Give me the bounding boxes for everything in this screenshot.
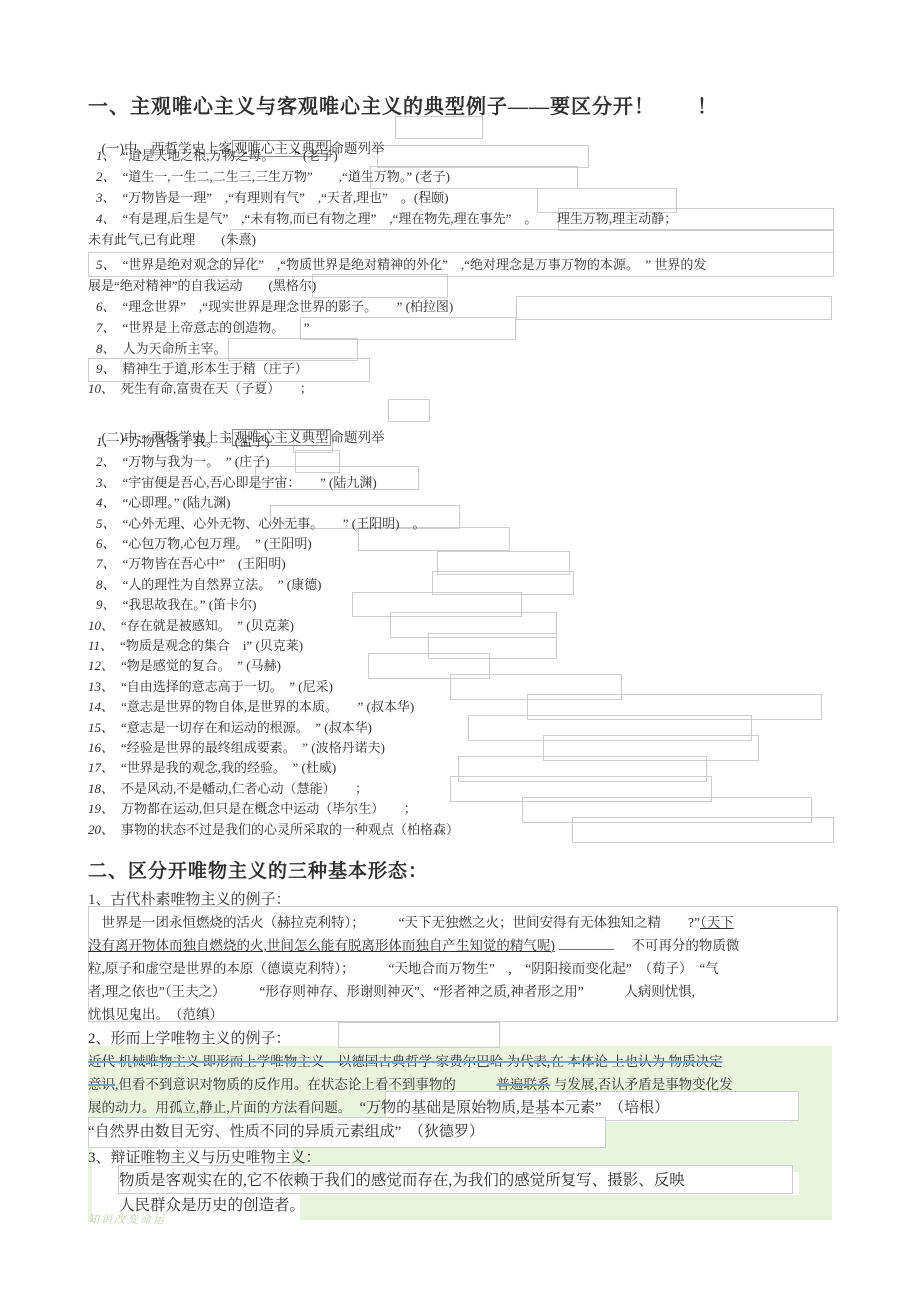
- textbox-artifact: [300, 317, 516, 340]
- objective-idealism-item: 5、“世界是绝对观念的异化” ,“物质世界是绝对精神的外化” ,“绝对理念是万事…: [96, 255, 706, 275]
- list-item-number: 18、: [88, 781, 114, 796]
- list-item-text: “道是天地之根,万物之母。 ” (老子): [123, 148, 338, 163]
- textbox-artifact: [312, 274, 448, 298]
- textbox-artifact: [388, 399, 430, 422]
- ancient-materialism-text: 忧惧见鬼出。 （范缜）: [88, 1007, 223, 1022]
- list-item-text: “存在就是被感知。 ” (贝克莱): [121, 618, 294, 633]
- subjective-idealism-item: 19、万物都在运动,但只是在概念中运动（毕尔生） ；: [88, 799, 417, 819]
- materialism-metaphysical-title: 2、形而上学唯物主义的例子：: [88, 1027, 291, 1048]
- objective-idealism-item: 展是“绝对精神”的自我运动 (黑格尔): [88, 276, 316, 296]
- list-item-number: 17、: [88, 760, 114, 775]
- list-item-text: “心外无理、心外无物、心外无事。 ” (王阳明) 。: [123, 516, 426, 531]
- sec2-subheading-post: 命题列举: [331, 430, 385, 445]
- subjective-idealism-item: 10、“存在就是被感知。 ” (贝克莱): [88, 616, 294, 636]
- green-highlight: [799, 1172, 832, 1195]
- subjective-idealism-item: 2、“万物与我为一。 ” (庄子): [96, 452, 269, 472]
- document-page: 一、主观唯心主义与客观唯心主义的典型例子——要区分开！ ！ (一)中、西哲学史上…: [0, 0, 920, 1303]
- objective-idealism-item: 6、“理念世界” ,“现实世界是理念世界的影子。 ” (柏拉图): [96, 297, 453, 317]
- materialism-ancient-title: 1、古代朴素唯物主义的例子：: [88, 888, 291, 909]
- list-item-text: “经验是世界的最终组成要素。 ” (波格丹诺夫): [121, 740, 385, 755]
- subjective-idealism-item: 6、“心包万物,心包万理。 ” (王阳明): [96, 534, 312, 554]
- textbox-artifact: [516, 296, 832, 320]
- metaphysical-materialism-line: 展的动力。用孤立,静止,片面的方法看问题。 “万物的基础是原始物质,是基本元素”…: [88, 1097, 669, 1119]
- list-item-number: 19、: [88, 801, 114, 816]
- list-item-text: “道生一,一生二,二生三,三生万物” ,“道生万物。” (老子): [123, 169, 451, 184]
- list-item-number: 3、: [96, 475, 116, 490]
- metaphysical-materialism-text: 与发展,否认矛盾是事物变化发: [550, 1077, 732, 1092]
- list-item-number: 16、: [88, 740, 114, 755]
- subjective-idealism-item: 20、事物的状态不过是我们的心灵所采取的一种观点（柏格森）: [88, 820, 459, 840]
- list-item-number: 20、: [88, 822, 114, 837]
- objective-idealism-item: 2、“道生一,一生二,二生三,三生万物” ,“道生万物。” (老子): [96, 167, 450, 187]
- dialectical-materialism-line: 物质是客观实在的,它不依赖于我们的感觉而存在,为我们的感觉所复写、摄影、反映: [119, 1169, 685, 1193]
- list-item-text: “我思故我在。” (笛卡尔): [123, 597, 257, 612]
- list-item-text: “有是理,后生是气” ,“未有物,而已有物之理” ,“理在物先,理在事先” 。 …: [123, 211, 678, 226]
- ancient-materialism-line: 者,理之依也”（王夫之） “形存则神存、形谢则神灭”、“形者神之质,神者形之用”…: [88, 981, 695, 1003]
- metaphysical-materialism-text: 近代 机械唯物主义 即形而上学唯物主义 以德国古典哲学 家费尔巴哈 为代表,在 …: [88, 1054, 723, 1069]
- list-item-number: 5、: [96, 257, 116, 272]
- objective-idealism-item: 4、“有是理,后生是气” ,“未有物,而已有物之理” ,“理在物先,理在事先” …: [96, 209, 677, 229]
- list-item-text: 死生有命,富贵在天（子夏） ；: [121, 381, 313, 396]
- sec1-subheading-post: 命题列举: [331, 141, 385, 156]
- list-item-text: “物是感觉的复合。 ” (马赫): [121, 658, 281, 673]
- textbox-artifact: [230, 229, 834, 253]
- list-item-number: 2、: [96, 454, 116, 469]
- watermark-text: 知识改变命运: [88, 1211, 166, 1227]
- objective-idealism-item: 1、“道是天地之根,万物之母。 ” (老子): [96, 146, 338, 166]
- list-item-text: “世界是我的观念,我的经验。 ” (杜威): [121, 760, 336, 775]
- textbox-artifact: [395, 116, 483, 139]
- metaphysical-materialism-text: 意识: [88, 1077, 115, 1092]
- objective-idealism-item: 7、“世界是上帝意志的创造物。 ”: [96, 318, 310, 338]
- list-item-text: “万物皆备于我。 ” (孟子): [123, 434, 270, 449]
- list-item-text: “物质是观念的集合 i” (贝克莱): [120, 638, 303, 653]
- list-item-text: “心即理。” (陆九渊): [123, 495, 231, 510]
- list-item-number: 8、: [96, 341, 116, 356]
- ancient-materialism-text: 不可再分的物质微: [618, 938, 740, 953]
- subjective-idealism-item: 13、“自由选择的意志高于一切。 ” (尼采): [88, 677, 333, 697]
- ancient-materialism-text: 粒,原子和虚空是世界的本原（德谟克利特）； “天地合而万物生” , “阴阳接而变…: [88, 961, 719, 976]
- subjective-idealism-item: 17、“世界是我的观念,我的经验。 ” (杜威): [88, 758, 336, 778]
- list-item-text: “意志是世界的物自体,是世界的本质。 ” (叔本华): [121, 699, 414, 714]
- metaphysical-materialism-text: 普遍联系: [496, 1077, 550, 1092]
- ancient-materialism-text: 世界是一团永恒燃烧的活火（赫拉克利特）； “天下无独燃之火；世间安得有无体独知之…: [88, 915, 700, 930]
- list-item-number: 11、: [88, 638, 113, 653]
- subjective-idealism-item: 7、“万物皆在吾心中” (王阳明): [96, 554, 286, 574]
- list-item-number: 1、: [96, 434, 116, 449]
- textbox-artifact: [377, 145, 589, 168]
- metaphysical-materialism-text: ,但看不到意识对物质的反作用。在状态论上看不到事物的: [115, 1077, 496, 1092]
- metaphysical-materialism-line: 近代 机械唯物主义 即形而上学唯物主义 以德国古典哲学 家费尔巴哈 为代表,在 …: [88, 1051, 723, 1073]
- list-item-number: 15、: [88, 720, 114, 735]
- list-item-text: 不是风动,不是幡动,仁者心动（慧能） ；: [121, 781, 368, 796]
- list-item-text: 万物都在运动,但只是在概念中运动（毕尔生） ；: [121, 801, 417, 816]
- list-item-number: 3、: [96, 190, 116, 205]
- materialism-dialectical-title: 3、辩证唯物主义与历史唯物主义：: [88, 1146, 321, 1167]
- list-item-text: “自由选择的意志高于一切。 ” (尼采): [121, 679, 333, 694]
- ancient-materialism-text: （天下: [700, 915, 734, 930]
- subjective-idealism-item: 3、“宇宙便是吾心,吾心即是宇宙： ” (陆九渊): [96, 473, 377, 493]
- textbox-artifact: [572, 817, 834, 843]
- metaphysical-materialism-text: “万物的基础是原始物质,是基本元素” （培根）: [345, 1100, 670, 1116]
- list-item-number: 12、: [88, 658, 114, 673]
- objective-idealism-item: 3、“万物皆是一理” ,“有理则有气” ,“天者,理也” 。(程颐): [96, 188, 449, 208]
- list-item-text: 人为天命所主宰。: [123, 341, 227, 356]
- list-item-text: 精神生于道,形本生于精（庄子）: [123, 361, 308, 376]
- list-item-number: 14、: [88, 699, 114, 714]
- metaphysical-materialism-line: “自然界由数目无穷、性质不同的异质元素组成” （狄德罗）: [88, 1121, 484, 1143]
- subjective-idealism-item: 18、不是风动,不是幡动,仁者心动（慧能） ；: [88, 779, 368, 799]
- subjective-idealism-item: 1、“万物皆备于我。 ” (孟子): [96, 432, 269, 452]
- subjective-idealism-item: 11、“物质是观念的集合 i” (贝克莱): [88, 636, 303, 656]
- list-item-text: 未有此气,已有此理 (朱熹): [88, 232, 256, 247]
- list-item-text: “世界是绝对观念的异化” ,“物质世界是绝对精神的外化” ,“绝对理念是万事万物…: [123, 257, 707, 272]
- subjective-idealism-item: 12、“物是感觉的复合。 ” (马赫): [88, 656, 281, 676]
- list-item-number: 4、: [96, 211, 116, 226]
- metaphysical-materialism-text: “自然界由数目无穷、性质不同的异质元素组成” （狄德罗）: [88, 1124, 484, 1140]
- metaphysical-materialism-line: 意识,但看不到意识对物质的反作用。在状态论上看不到事物的 普遍联系 与发展,否认…: [88, 1074, 733, 1096]
- subjective-idealism-item: 9、“我思故我在。” (笛卡尔): [96, 595, 256, 615]
- metaphysical-materialism-text: 展的动力。用孤立,静止,片面的方法看问题。: [88, 1100, 345, 1115]
- list-item-number: 6、: [96, 536, 116, 551]
- heading-materialism-forms: 二、区分开唯物主义的三种基本形态：: [88, 856, 428, 883]
- list-item-text: “人的理性为自然界立法。 ” (康德): [123, 577, 322, 592]
- objective-idealism-item: 8、人为天命所主宰。: [96, 339, 227, 359]
- objective-idealism-item: 10、死生有命,富贵在天（子夏） ；: [88, 379, 313, 399]
- list-item-text: “宇宙便是吾心,吾心即是宇宙： ” (陆九渊): [123, 475, 377, 490]
- green-highlight: [601, 1122, 832, 1147]
- list-item-text: “理念世界” ,“现实世界是理念世界的影子。 ” (柏拉图): [123, 299, 454, 314]
- list-item-text: “意志是一切存在和运动的根源。 ” (叔本华): [121, 720, 372, 735]
- objective-idealism-item: 9、精神生于道,形本生于精（庄子）: [96, 359, 308, 379]
- list-item-number: 9、: [96, 361, 116, 376]
- list-item-number: 8、: [96, 577, 116, 592]
- subjective-idealism-item: 5、“心外无理、心外无物、心外无事。 ” (王阳明) 。: [96, 514, 425, 534]
- ancient-materialism-line: 粒,原子和虚空是世界的本原（德谟克利特）； “天地合而万物生” , “阴阳接而变…: [88, 958, 719, 980]
- subjective-idealism-item: 8、“人的理性为自然界立法。 ” (康德): [96, 575, 321, 595]
- ancient-materialism-line: 忧惧见鬼出。 （范缜）: [88, 1004, 223, 1026]
- ancient-materialism-line: 世界是一团永恒燃烧的活火（赫拉克利特）； “天下无独燃之火；世间安得有无体独知之…: [88, 912, 734, 934]
- ancient-materialism-text: 没有离开物体而独自燃烧的火,世间怎么能有脱离形体而独自产生知觉的精气呢): [88, 938, 555, 953]
- subjective-idealism-item: 4、“心即理。” (陆九渊): [96, 493, 230, 513]
- list-item-number: 5、: [96, 516, 116, 531]
- ancient-materialism-text: 者,理之依也”（王夫之） “形存则神存、形谢则神灭”、“形者神之质,神者形之用”…: [88, 984, 695, 999]
- list-item-number: 6、: [96, 299, 116, 314]
- list-item-number: 9、: [96, 597, 116, 612]
- list-item-text: 事物的状态不过是我们的心灵所采取的一种观点（柏格森）: [121, 822, 459, 837]
- list-item-number: 10、: [88, 381, 114, 396]
- heading-idealism-examples: 一、主观唯心主义与客观唯心主义的典型例子——要区分开！ ！: [88, 90, 718, 119]
- green-highlight: [300, 1195, 832, 1220]
- list-item-number: 10、: [88, 618, 114, 633]
- subjective-idealism-item: 14、“意志是世界的物自体,是世界的本质。 ” (叔本华): [88, 697, 414, 717]
- list-item-text: “万物与我为一。 ” (庄子): [123, 454, 270, 469]
- subjective-idealism-item: 16、“经验是世界的最终组成要素。 ” (波格丹诺夫): [88, 738, 385, 758]
- list-item-number: 7、: [96, 320, 116, 335]
- list-item-text: “心包万物,心包万理。 ” (王阳明): [123, 536, 312, 551]
- list-item-number: 2、: [96, 169, 116, 184]
- list-item-text: “万物皆在吾心中” (王阳明): [123, 556, 286, 571]
- objective-idealism-item: 未有此气,已有此理 (朱熹): [88, 230, 256, 250]
- ancient-materialism-line: 没有离开物体而独自燃烧的火,世间怎么能有脱离形体而独自产生知觉的精气呢) 不可再…: [88, 935, 739, 957]
- list-item-text: “万物皆是一理” ,“有理则有气” ,“天者,理也” 。(程颐): [123, 190, 449, 205]
- list-item-number: 4、: [96, 495, 116, 510]
- horizontal-rule: [559, 937, 614, 950]
- subjective-idealism-item: 15、“意志是一切存在和运动的根源。 ” (叔本华): [88, 718, 372, 738]
- list-item-number: 7、: [96, 556, 116, 571]
- list-item-text: “世界是上帝意志的创造物。 ”: [123, 320, 310, 335]
- list-item-text: 展是“绝对精神”的自我运动 (黑格尔): [88, 278, 316, 293]
- list-item-number: 1、: [96, 148, 116, 163]
- list-item-number: 13、: [88, 679, 114, 694]
- textbox-artifact: [338, 1022, 500, 1048]
